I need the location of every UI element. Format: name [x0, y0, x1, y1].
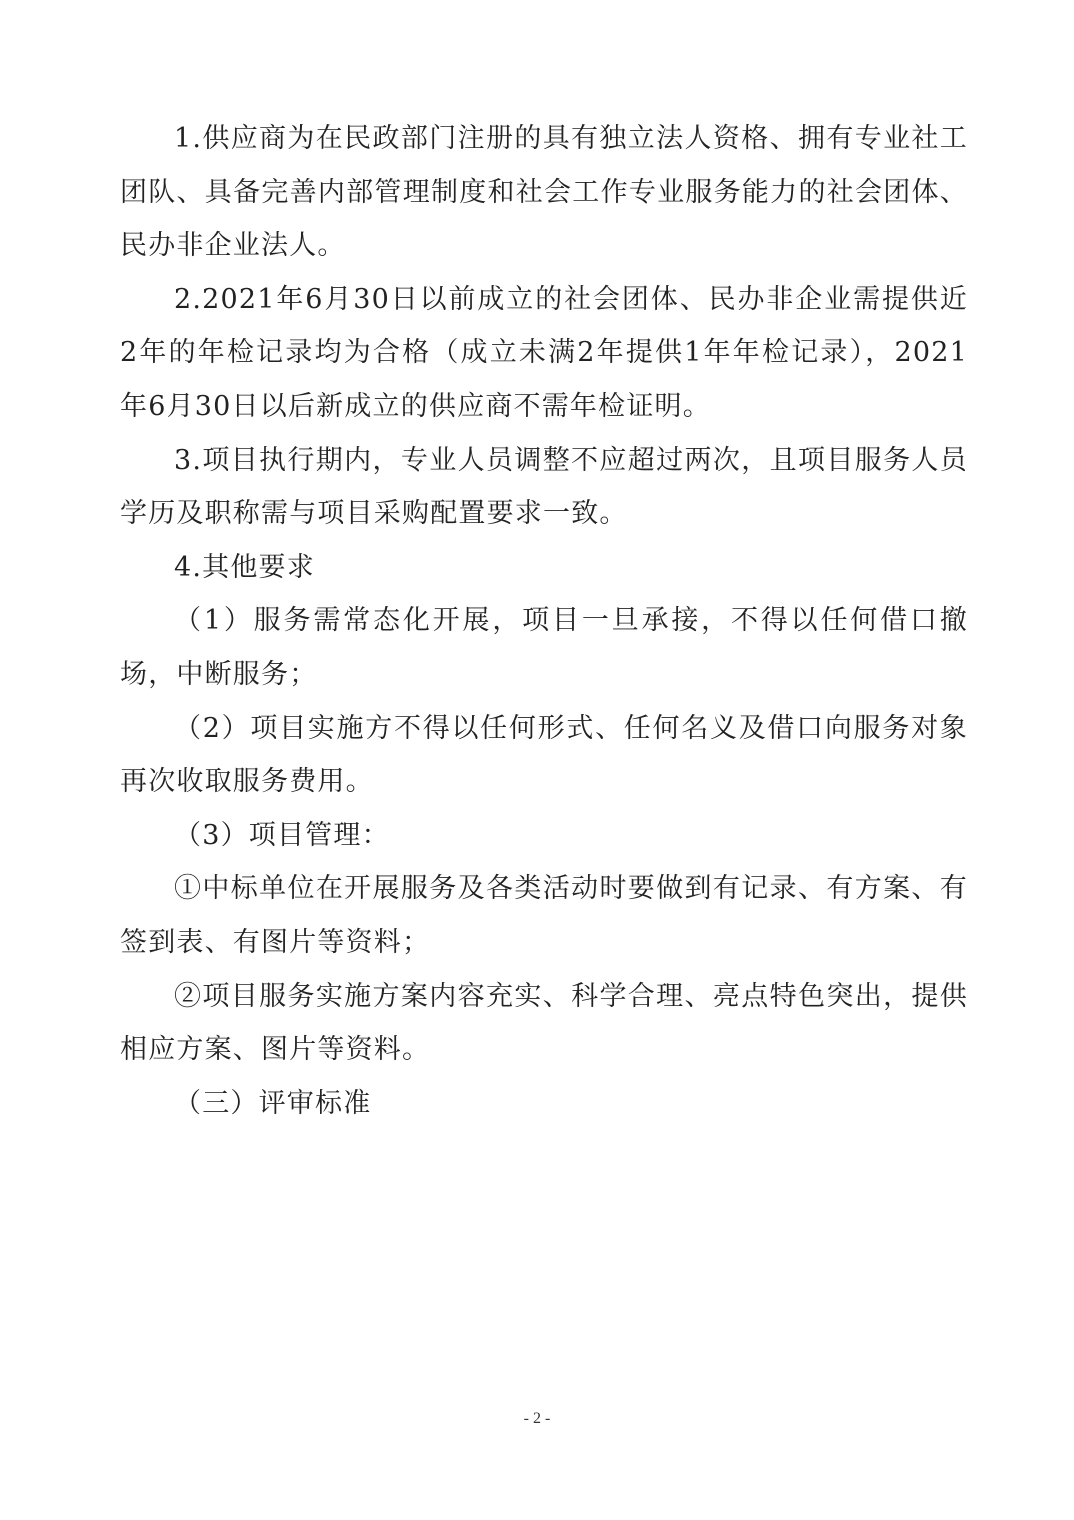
- heading-other-requirements: 4.其他要求: [120, 541, 968, 595]
- paragraph-requirement-2: 2.2021年6月30日以前成立的社会团体、民办非企业需提供近2年的年检记录均为…: [120, 273, 968, 434]
- paragraph-requirement-1: 1.供应商为在民政部门注册的具有独立法人资格、拥有专业社工团队、具备完善内部管理…: [120, 112, 968, 273]
- heading-project-management: （3）项目管理：: [120, 809, 968, 863]
- page-number: - 2 -: [0, 1410, 1074, 1428]
- paragraph-other-requirement-1: （1）服务需常态化开展，项目一旦承接，不得以任何借口撤场，中断服务；: [120, 594, 968, 701]
- paragraph-management-item-1: ①中标单位在开展服务及各类活动时要做到有记录、有方案、有签到表、有图片等资料；: [120, 862, 968, 969]
- document-page: 1.供应商为在民政部门注册的具有独立法人资格、拥有专业社工团队、具备完善内部管理…: [120, 112, 968, 1130]
- paragraph-other-requirement-2: （2）项目实施方不得以任何形式、任何名义及借口向服务对象再次收取服务费用。: [120, 702, 968, 809]
- heading-evaluation-criteria: （三）评审标准: [120, 1077, 968, 1131]
- paragraph-management-item-2: ②项目服务实施方案内容充实、科学合理、亮点特色突出，提供相应方案、图片等资料。: [120, 970, 968, 1077]
- paragraph-requirement-3: 3.项目执行期内，专业人员调整不应超过两次，且项目服务人员学历及职称需与项目采购…: [120, 434, 968, 541]
